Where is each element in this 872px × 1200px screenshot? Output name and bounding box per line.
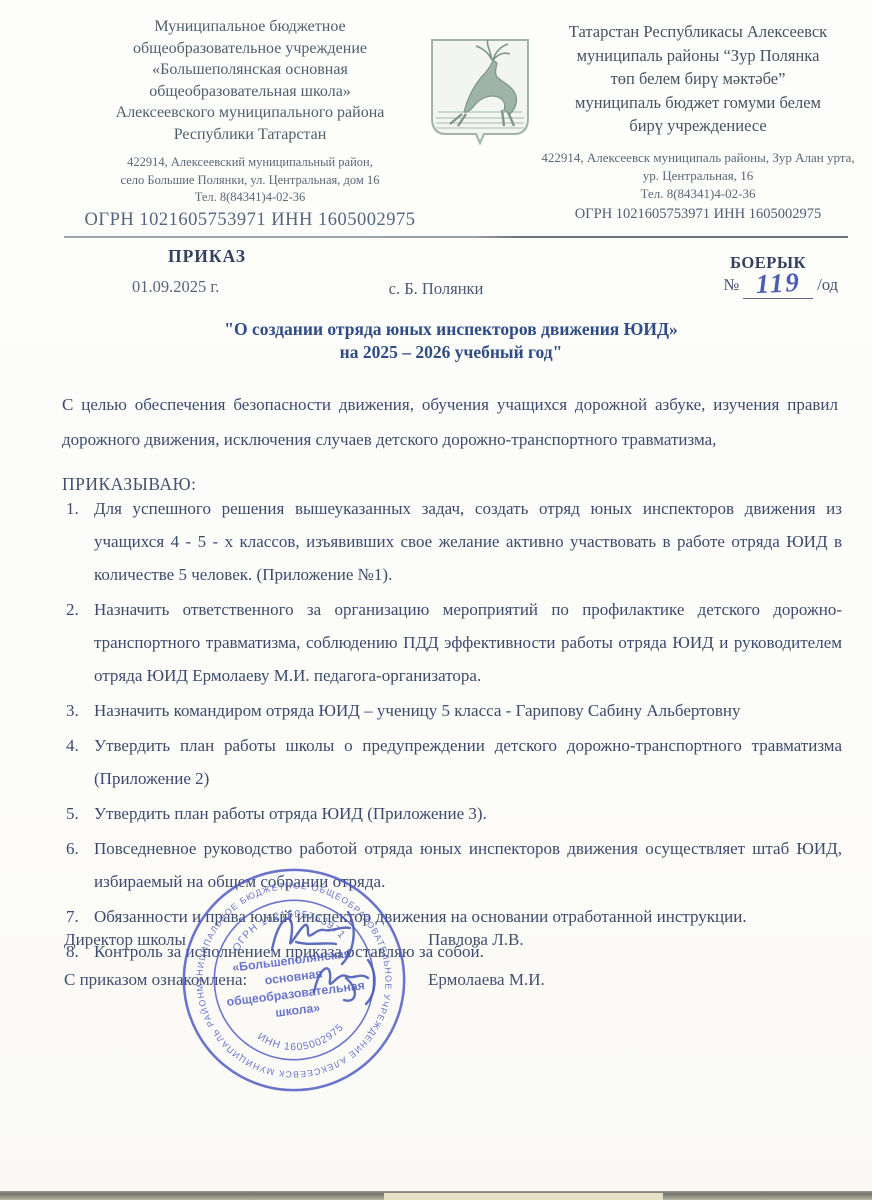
signature-name-acquainted: Ермолаева М.И. [428, 970, 545, 990]
number-underline: 119 [743, 272, 813, 299]
handwritten-number: 119 [755, 267, 802, 300]
order-number: №119/од [723, 272, 838, 299]
order-title-line2: на 2025 – 2026 учебный год" [90, 341, 812, 364]
svg-text:ИНН 1605002975: ИНН 1605002975 [254, 1021, 348, 1058]
stamp-inn-text: ИНН 1605002975 [254, 1021, 348, 1058]
order-item: Утвердить план работы школы о предупрежд… [62, 729, 842, 795]
address-line: 422914, Алексеевский муниципальный район… [58, 154, 442, 172]
org-line: Татарстан Республикасы Алексеевск [538, 20, 858, 44]
signature-label-acquainted: С приказом ознакомлена: [64, 970, 247, 990]
order-item: Назначить командиром отряда ЮИД – учениц… [62, 694, 842, 727]
org-line: Алексеевского муниципального района [58, 102, 442, 124]
address-line: село Большие Полянки, ул. Центральная, д… [58, 172, 442, 190]
org-line: муниципаль районы “Зур Полянка [538, 44, 858, 68]
org-line: муниципаль бюджет гомуми белем [538, 91, 858, 115]
order-item: Утвердить план работы отряда ЮИД (Прилож… [62, 797, 842, 830]
order-item: Для успешного решения вышеуказанных зада… [62, 492, 842, 591]
org-line: Муниципальное бюджетное [58, 16, 442, 38]
horizontal-divider [64, 236, 848, 238]
order-items-list: Для успешного решения вышеуказанных зада… [62, 492, 842, 970]
address-line: ур. Центральная, 16 [538, 167, 858, 185]
order-item: Обязанности и права юный инспектор движе… [62, 900, 842, 933]
order-preamble: С целью обеспечения безопасности движени… [62, 387, 838, 457]
org-line: төп белем бирү мәктәбе” [538, 67, 858, 91]
letterhead-org-russian: Муниципальное бюджетное общеобразователь… [58, 16, 442, 232]
address-line: 422914, Алексеевск муниципаль районы, Зу… [538, 149, 858, 167]
order-item: Повседневное руководство работой отряда … [62, 832, 842, 898]
org-line: бирү учреждениесе [538, 114, 858, 138]
address-line: Тел. 8(84341)4-02-36 [58, 189, 442, 207]
ogrn-inn-line: ОГРН 1021605753971 ИНН 1605002975 [538, 204, 858, 224]
ogrn-inn-line: ОГРН 1021605753971 ИНН 1605002975 [58, 208, 442, 232]
address-block-russian: 422914, Алексеевский муниципальный район… [58, 154, 442, 232]
org-line: «Большеполянская основная [58, 59, 442, 81]
coat-of-arms-icon [426, 34, 534, 162]
org-line: общеобразовательное учреждение [58, 38, 442, 60]
letterhead-org-tatar: Татарстан Республикасы Алексеевск муници… [538, 20, 858, 224]
org-line: Республики Татарстан [58, 124, 442, 146]
number-sign: № [723, 275, 739, 294]
order-title: "О создании отряда юных инспекторов движ… [90, 318, 812, 363]
scan-edge-strip [0, 1191, 872, 1200]
order-heading-russian: ПРИКАЗ [168, 246, 246, 267]
org-line: общеобразовательная школа» [58, 81, 442, 103]
address-block-tatar: 422914, Алексеевск муниципаль районы, Зу… [538, 149, 858, 224]
order-item: Назначить ответственного за организацию … [62, 593, 842, 692]
address-line: Тел. 8(84341)4-02-36 [538, 185, 858, 203]
order-title-line1: "О создании отряда юных инспекторов движ… [90, 318, 812, 341]
number-suffix: /од [817, 275, 838, 294]
signature-name-director: Павлова Л.В. [428, 930, 524, 950]
stamp-center-line: школа» [275, 1000, 321, 1019]
document-page: Муниципальное бюджетное общеобразователь… [0, 0, 872, 1200]
signature-label-director: Директор школы [64, 930, 186, 950]
